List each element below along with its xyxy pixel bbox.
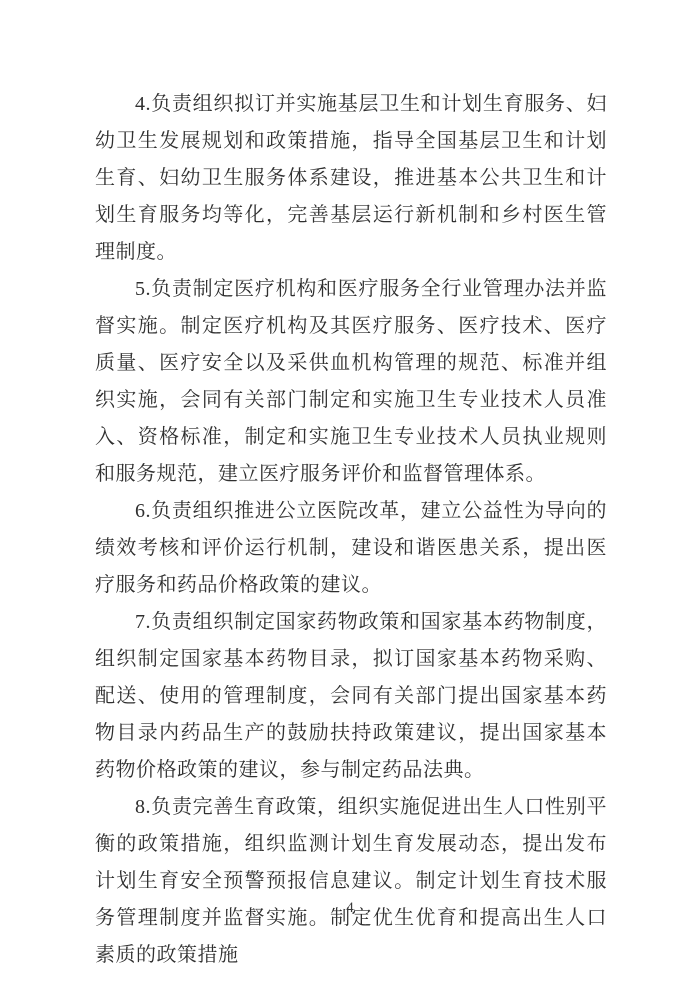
page-number: 4 [0,900,700,917]
body-paragraph-item-5: 5.负责制定医疗机构和医疗服务全行业管理办法并监督实施。制定医疗机构及其医疗服务… [95,271,607,493]
body-paragraph-item-4: 4.负责组织拟订并实施基层卫生和计划生育服务、妇幼卫生发展规划和政策措施，指导全… [95,86,607,271]
document-page: 4.负责组织拟订并实施基层卫生和计划生育服务、妇幼卫生发展规划和政策措施，指导全… [0,0,700,989]
document-body: 4.负责组织拟订并实施基层卫生和计划生育服务、妇幼卫生发展规划和政策措施，指导全… [95,86,607,974]
body-paragraph-item-8: 8.负责完善生育政策，组织实施促进出生人口性别平衡的政策措施，组织监测计划生育发… [95,789,607,974]
body-paragraph-item-7: 7.负责组织制定国家药物政策和国家基本药物制度，组织制定国家基本药物目录，拟订国… [95,604,607,789]
body-paragraph-item-6: 6.负责组织推进公立医院改革，建立公益性为导向的绩效考核和评价运行机制，建设和谐… [95,493,607,604]
